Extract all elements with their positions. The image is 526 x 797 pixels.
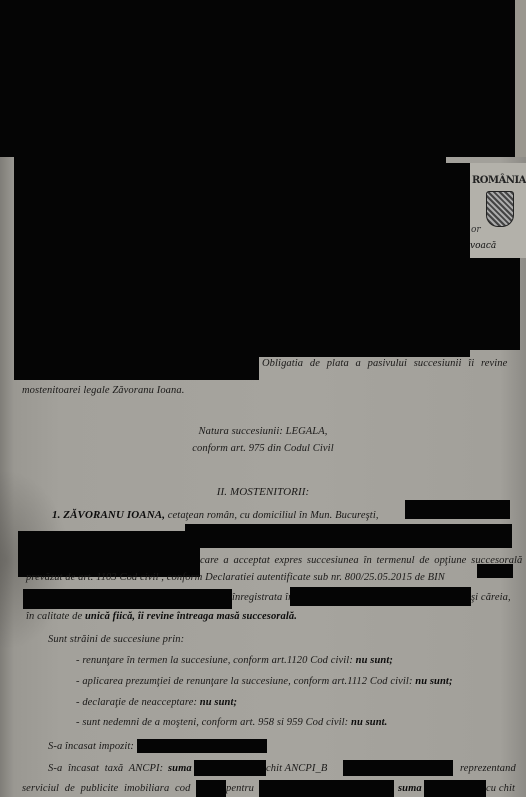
redaction-right-lower <box>470 258 520 350</box>
stranger-item: - aplicarea prezumţiei de renunţare la s… <box>76 676 453 687</box>
heir-capacity-prefix: în calitate de <box>26 611 85 622</box>
ancpi-fee-label: S-a încasat taxă ANCPI: <box>48 763 163 774</box>
service-label: serviciul de publicite imobiliara cod <box>22 783 191 794</box>
stranger-item-text: - declaraţie de neacceptare: <box>76 697 200 708</box>
heir-declaration: prevăzut de art. 1103 Cod civil , confor… <box>26 572 445 583</box>
service-suma-label: suma <box>398 783 422 794</box>
succession-nature: Natura succesiunii: LEGALA, <box>0 426 526 437</box>
redaction-top-body <box>14 157 446 357</box>
redaction-ancpi-amount <box>194 760 266 776</box>
service-for-label: pentru <box>226 783 254 794</box>
redaction-service-property <box>259 780 394 797</box>
notary-seal: ROMÂNIA or voacă <box>470 163 526 258</box>
stranger-item-value: nu sunt; <box>415 676 452 687</box>
redaction-tax-amount <box>137 739 267 753</box>
coat-of-arms-icon <box>486 191 514 227</box>
stranger-item: - sunt nedemni de a moşteni, conform art… <box>76 717 387 728</box>
stranger-item: - declaraţie de neacceptare: nu sunt; <box>76 697 237 708</box>
ancpi-suma-label: suma <box>168 763 192 774</box>
heir-line-1: 1. ZĂVORANU IOANA, cetaţean român, cu do… <box>52 509 379 521</box>
seal-signature: voacă <box>470 241 496 251</box>
obligation-line-1: Obligatia de plata a pasivului succesiun… <box>262 358 507 369</box>
heir-name: 1. ZĂVORANU IOANA, <box>52 509 165 521</box>
page-edge <box>515 0 526 157</box>
obligation-line-2: mostenitoarei legale Zăvoranu Ioana. <box>22 385 184 396</box>
stranger-item-value: nu sunt. <box>351 717 387 728</box>
heir-capacity-value: unică fiică, îi revine întreaga masă suc… <box>85 611 297 622</box>
redaction-notary <box>477 564 513 578</box>
stranger-item-value: nu sunt; <box>356 655 393 666</box>
redaction-left-block <box>14 350 259 380</box>
heir-and-whose: şi căreia, <box>471 592 511 603</box>
redaction-address-3 <box>18 531 200 577</box>
stranger-item-text: - aplicarea prezumţiei de renunţare la s… <box>76 676 415 687</box>
seal-ring-text: ROMÂNIA <box>472 175 526 186</box>
redaction-address-2 <box>185 524 512 548</box>
seal-text: or <box>471 225 481 235</box>
tax-collected-label: S-a încasat impozit: <box>48 741 134 752</box>
strangers-heading: Sunt străini de succesiune prin: <box>48 634 184 645</box>
service-receipt-label: cu chit <box>486 783 515 794</box>
section-heading-heirs: II. MOSTENITORII: <box>0 486 526 498</box>
redaction-service-amount <box>424 780 486 797</box>
heir-intro: cetaţean român, cu domiciliul în Mun. Bu… <box>168 510 379 521</box>
succession-legal-basis: conform art. 975 din Codul Civil <box>0 443 526 454</box>
stranger-item-text: - sunt nedemni de a moşteni, conform art… <box>76 717 351 728</box>
stranger-item-value: nu sunt; <box>200 697 237 708</box>
ancpi-representing: reprezentand <box>460 763 516 774</box>
stranger-item: - renunţare în termen la succesiune, con… <box>76 655 393 666</box>
stranger-item-text: - renunţare în termen la succesiune, con… <box>76 655 356 666</box>
redaction-registration-2 <box>290 587 471 606</box>
heir-registered: înregistrata în <box>232 592 294 603</box>
heir-capacity: în calitate de unică fiică, îi revine în… <box>26 611 297 622</box>
redaction-address-1 <box>405 500 510 519</box>
redaction-top <box>0 0 515 157</box>
redaction-ancpi-receipt <box>343 760 453 776</box>
redaction-service-code <box>196 780 226 797</box>
heir-acceptance: care a acceptat expres succesiunea în te… <box>200 555 522 566</box>
ancpi-receipt-label: chit ANCPI_B <box>266 763 327 774</box>
redaction-top-right <box>446 163 470 357</box>
redaction-registration-1 <box>23 589 232 609</box>
